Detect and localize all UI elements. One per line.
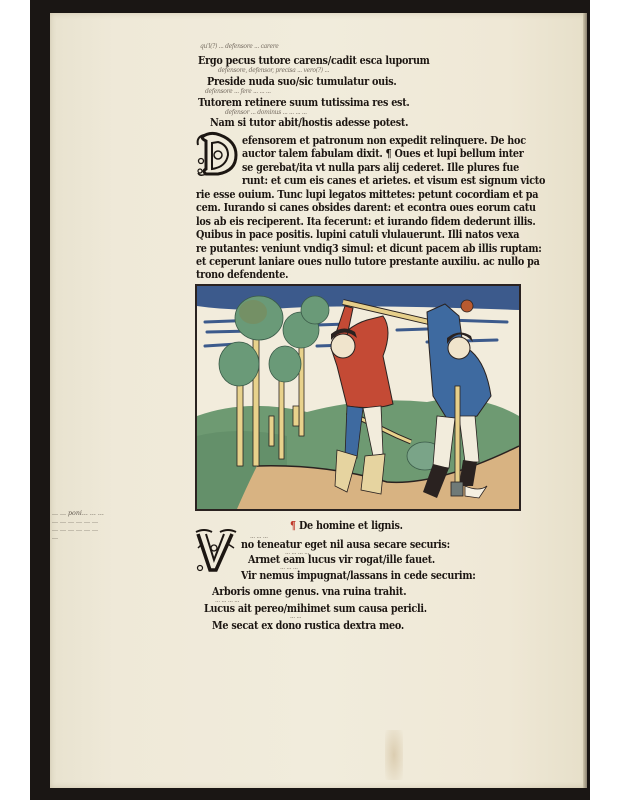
prose-line: Quibus in pace positis. lupini catuli vl… — [196, 228, 519, 241]
prose-line: trono defendente. — [196, 268, 288, 281]
woodcut-illustration — [195, 284, 521, 511]
woodcutters-illustration — [197, 286, 519, 509]
interlinear-gloss: qu'l(?) ... defensore ... carere — [200, 43, 279, 50]
verse-line: Nam si tutor abit/hostis adesse potest. — [210, 116, 408, 129]
fable-title-line: ¶ De homine et lignis. — [290, 519, 403, 532]
verse-line: Armet eam lucus vir rogat/ille fauet. — [248, 553, 435, 566]
verse-line: Arboris omne genus. vna ruina trahit. — [212, 585, 406, 598]
pilcrow-mark: ¶ — [290, 518, 296, 532]
margin-note-line: ... ... poni... ... ... — [52, 510, 104, 518]
verse-line: Ergo pecus tutore carens/cadit esca lupo… — [198, 54, 430, 67]
interlinear-gloss: defensore, defensor, precisa ... vero(?)… — [218, 67, 329, 74]
verse-line: Lucus ait pereo/mihimet sum causa pericl… — [204, 602, 427, 615]
verse-line: Vir nemus impugnat/lassans in cede secur… — [241, 569, 476, 582]
decorated-initial-d — [196, 131, 240, 177]
verse-line: Tutorem retinere suum tutissima res est. — [198, 96, 410, 109]
interlinear-gloss: defensore ... fere ... ... ... — [205, 88, 271, 95]
page-edge — [583, 13, 587, 788]
prose-line: cem. Iurando si canes obsides darent: et… — [196, 201, 536, 214]
initial-v-icon — [194, 528, 238, 574]
verse-line: Preside nuda suo/sic tumulatur ouis. — [207, 75, 397, 88]
margin-note-line: ... ... ... ... ... ... — [52, 526, 104, 534]
decorated-initial-v — [194, 528, 238, 574]
prose-line: runt: et cum eis canes et arietes. et vi… — [242, 174, 545, 187]
fable-title: De homine et lignis. — [299, 518, 403, 532]
margin-note-line: ... — [52, 534, 104, 542]
verse-line: Me secat ex dono rustica dextra meo. — [212, 619, 404, 632]
initial-d-icon — [196, 131, 240, 177]
margin-handwritten-note: ... ... poni... ... ... ... ... ... ... … — [52, 510, 104, 542]
margin-note-line: ... ... ... ... ... ... — [52, 518, 104, 526]
paper-stain — [385, 730, 403, 780]
verse-line: no teneatur eget nil ausa secare securis… — [241, 538, 450, 551]
prose-line: auctor talem fabulam dixit. ¶ Oues et lu… — [242, 147, 524, 160]
